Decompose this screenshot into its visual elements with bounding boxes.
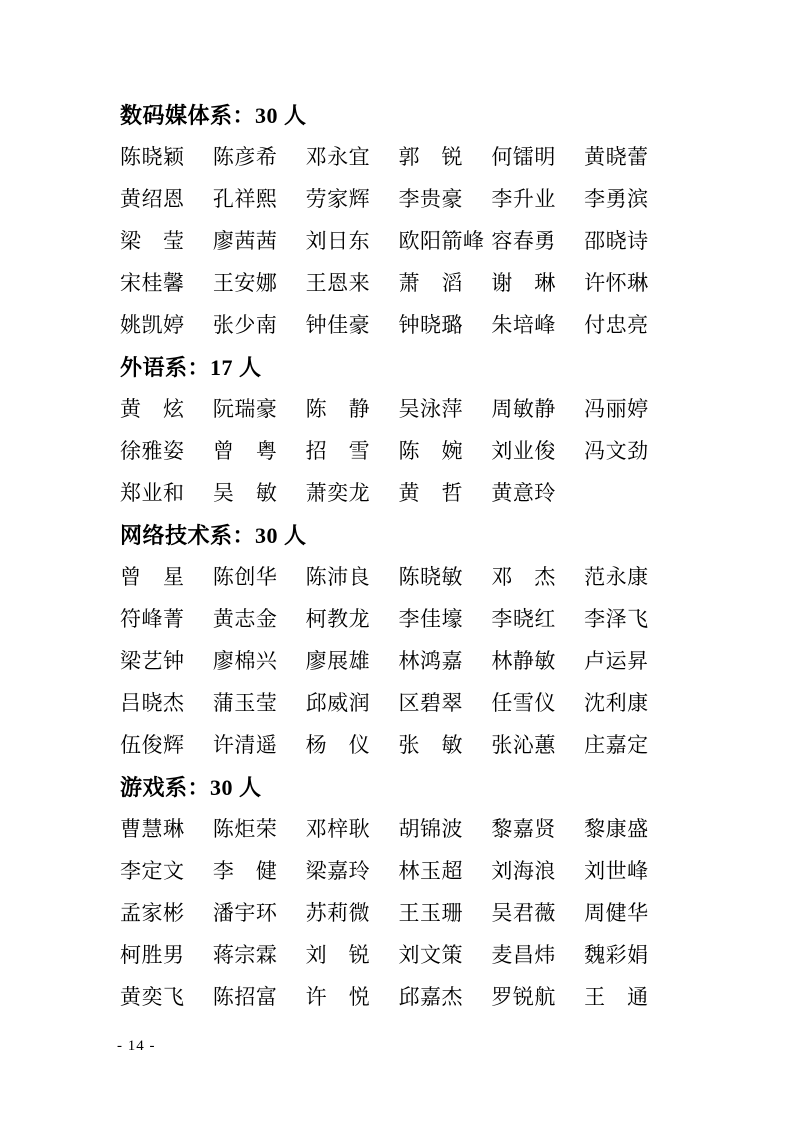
- student-name: 梁 莹: [120, 225, 213, 255]
- student-name: 钟晓璐: [399, 309, 492, 339]
- student-name: 陈 静: [306, 393, 399, 423]
- student-name: 李 健: [213, 855, 306, 885]
- page-number: - 14 -: [117, 1038, 156, 1055]
- student-name: 邓梓耿: [306, 813, 399, 843]
- student-name: 廖茜茜: [213, 225, 306, 255]
- student-name: 谢 琳: [491, 267, 584, 297]
- student-name: 冯文劲: [584, 435, 677, 465]
- student-name: 庄嘉定: [584, 729, 677, 759]
- student-name: 李贵豪: [399, 183, 492, 213]
- name-row: 李定文李 健梁嘉玲林玉超刘海浪刘世峰: [120, 849, 677, 891]
- student-name: 李升业: [491, 183, 584, 213]
- name-row: 吕晓杰蒲玉莹邱威润区碧翠任雪仪沈利康: [120, 681, 677, 723]
- student-name: 邓永宜: [306, 141, 399, 171]
- student-name: 曾 星: [120, 561, 213, 591]
- student-name: 刘文策: [399, 939, 492, 969]
- student-name: 李定文: [120, 855, 213, 885]
- student-name: 容春勇: [491, 225, 584, 255]
- student-name: 黄奕飞: [120, 981, 213, 1011]
- student-name: 李勇滨: [584, 183, 677, 213]
- student-name: 黄绍恩: [120, 183, 213, 213]
- student-name: 区碧翠: [399, 687, 492, 717]
- student-name: 冯丽婷: [584, 393, 677, 423]
- student-name: 黄志金: [213, 603, 306, 633]
- name-row: 梁艺钟廖棉兴廖展雄林鸿嘉林静敏卢运昇: [120, 639, 677, 681]
- student-name: 陈沛良: [306, 561, 399, 591]
- student-name: 胡锦波: [399, 813, 492, 843]
- student-name: 黄 炫: [120, 393, 213, 423]
- student-name: 伍俊辉: [120, 729, 213, 759]
- name-row: 黄奕飞陈招富许 悦邱嘉杰罗锐航王 通: [120, 975, 677, 1017]
- student-name: 孔祥熙: [213, 183, 306, 213]
- student-name: 林静敏: [491, 645, 584, 675]
- department-section: 游戏系：30 人曹慧琳陈炬荣邓梓耿胡锦波黎嘉贤黎康盛李定文李 健梁嘉玲林玉超刘海…: [120, 765, 677, 1017]
- document-page: 数码媒体系：30 人陈晓颖陈彦希邓永宜郭 锐何镭明黄晓蕾黄绍恩孔祥熙劳家辉李贵豪…: [0, 0, 793, 1122]
- student-name: 黎嘉贤: [491, 813, 584, 843]
- student-name: 黄晓蕾: [584, 141, 677, 171]
- student-name: 刘 锐: [306, 939, 399, 969]
- student-name: 吴君薇: [491, 897, 584, 927]
- student-name: 刘世峰: [584, 855, 677, 885]
- student-name: 何镭明: [491, 141, 584, 171]
- student-name: 林玉超: [399, 855, 492, 885]
- student-name: 苏莉微: [306, 897, 399, 927]
- student-name: 黄 哲: [399, 477, 492, 507]
- student-name: 麦昌炜: [491, 939, 584, 969]
- student-name: 陈晓敏: [399, 561, 492, 591]
- student-name: 曾 粤: [213, 435, 306, 465]
- student-name: 王恩来: [306, 267, 399, 297]
- student-name: 徐雅姿: [120, 435, 213, 465]
- student-name: 柯胜男: [120, 939, 213, 969]
- student-name: 刘日东: [306, 225, 399, 255]
- student-name: 任雪仪: [491, 687, 584, 717]
- student-name: 李佳壕: [399, 603, 492, 633]
- student-name: 黎康盛: [584, 813, 677, 843]
- student-name: 周健华: [584, 897, 677, 927]
- student-name: 潘宇环: [213, 897, 306, 927]
- student-name: 黄意玲: [491, 477, 584, 507]
- student-name: 李晓红: [491, 603, 584, 633]
- name-row: 曾 星陈创华陈沛良陈晓敏邓 杰范永康: [120, 555, 677, 597]
- student-name: 陈晓颖: [120, 141, 213, 171]
- name-row: 黄绍恩孔祥熙劳家辉李贵豪李升业李勇滨: [120, 177, 677, 219]
- name-row: 曹慧琳陈炬荣邓梓耿胡锦波黎嘉贤黎康盛: [120, 807, 677, 849]
- student-name: 范永康: [584, 561, 677, 591]
- name-row: 黄 炫阮瑞豪陈 静吴泳萍周敏静冯丽婷: [120, 387, 677, 429]
- student-name: 沈利康: [584, 687, 677, 717]
- student-name: 邵晓诗: [584, 225, 677, 255]
- student-name: 萧奕龙: [306, 477, 399, 507]
- student-name: 付忠亮: [584, 309, 677, 339]
- student-name: 许 悦: [306, 981, 399, 1011]
- student-name: 许怀琳: [584, 267, 677, 297]
- student-name: 邓 杰: [491, 561, 584, 591]
- student-name: 吴泳萍: [399, 393, 492, 423]
- student-name: 张 敏: [399, 729, 492, 759]
- student-name: 梁艺钟: [120, 645, 213, 675]
- student-name: 王玉珊: [399, 897, 492, 927]
- student-name: 姚凯婷: [120, 309, 213, 339]
- name-row: 郑业和吴 敏萧奕龙黄 哲黄意玲: [120, 471, 677, 513]
- section-heading: 网络技术系：30 人: [120, 513, 677, 555]
- student-name: 周敏静: [491, 393, 584, 423]
- student-name: 刘海浪: [491, 855, 584, 885]
- student-name: 曹慧琳: [120, 813, 213, 843]
- name-row: 宋桂馨王安娜王恩来萧 滔谢 琳许怀琳: [120, 261, 677, 303]
- sections-container: 数码媒体系：30 人陈晓颖陈彦希邓永宜郭 锐何镭明黄晓蕾黄绍恩孔祥熙劳家辉李贵豪…: [120, 93, 677, 1017]
- student-name: 张少南: [213, 309, 306, 339]
- student-name: 萧 滔: [399, 267, 492, 297]
- student-name: 王安娜: [213, 267, 306, 297]
- student-name: 邱嘉杰: [399, 981, 492, 1011]
- student-name: 陈创华: [213, 561, 306, 591]
- name-row: 孟家彬潘宇环苏莉微王玉珊吴君薇周健华: [120, 891, 677, 933]
- name-row: 徐雅姿曾 粤招 雪陈 婉刘业俊冯文劲: [120, 429, 677, 471]
- student-name: 劳家辉: [306, 183, 399, 213]
- student-name: 梁嘉玲: [306, 855, 399, 885]
- section-heading: 数码媒体系：30 人: [120, 93, 677, 135]
- student-name: 蒋宗霖: [213, 939, 306, 969]
- name-row: 陈晓颖陈彦希邓永宜郭 锐何镭明黄晓蕾: [120, 135, 677, 177]
- department-section: 数码媒体系：30 人陈晓颖陈彦希邓永宜郭 锐何镭明黄晓蕾黄绍恩孔祥熙劳家辉李贵豪…: [120, 93, 677, 345]
- student-name: 陈彦希: [213, 141, 306, 171]
- student-name: 孟家彬: [120, 897, 213, 927]
- department-section: 外语系：17 人黄 炫阮瑞豪陈 静吴泳萍周敏静冯丽婷徐雅姿曾 粤招 雪陈 婉刘业…: [120, 345, 677, 513]
- student-name: 邱威润: [306, 687, 399, 717]
- department-section: 网络技术系：30 人曾 星陈创华陈沛良陈晓敏邓 杰范永康符峰菁黄志金柯教龙李佳壕…: [120, 513, 677, 765]
- student-name: 郑业和: [120, 477, 213, 507]
- student-name: 张沁蕙: [491, 729, 584, 759]
- student-name: 钟佳豪: [306, 309, 399, 339]
- student-name: 陈招富: [213, 981, 306, 1011]
- student-name: 陈炬荣: [213, 813, 306, 843]
- name-row: 姚凯婷张少南钟佳豪钟晓璐朱培峰付忠亮: [120, 303, 677, 345]
- student-name: 柯教龙: [306, 603, 399, 633]
- student-name: 招 雪: [306, 435, 399, 465]
- student-name: 宋桂馨: [120, 267, 213, 297]
- student-name: 刘业俊: [491, 435, 584, 465]
- student-name: 廖展雄: [306, 645, 399, 675]
- section-heading: 外语系：17 人: [120, 345, 677, 387]
- student-name: 阮瑞豪: [213, 393, 306, 423]
- student-name: 王 通: [584, 981, 677, 1011]
- student-name: 李泽飞: [584, 603, 677, 633]
- student-name: 吕晓杰: [120, 687, 213, 717]
- student-name: 吴 敏: [213, 477, 306, 507]
- student-name: 林鸿嘉: [399, 645, 492, 675]
- student-name: 罗锐航: [491, 981, 584, 1011]
- name-row: 梁 莹廖茜茜刘日东欧阳箭峰容春勇邵晓诗: [120, 219, 677, 261]
- name-row: 符峰菁黄志金柯教龙李佳壕李晓红李泽飞: [120, 597, 677, 639]
- student-name: 郭 锐: [399, 141, 492, 171]
- section-heading: 游戏系：30 人: [120, 765, 677, 807]
- student-name: 魏彩娟: [584, 939, 677, 969]
- student-name: 陈 婉: [399, 435, 492, 465]
- student-name: 许清遥: [213, 729, 306, 759]
- student-name: 符峰菁: [120, 603, 213, 633]
- student-name: 廖棉兴: [213, 645, 306, 675]
- name-row: 伍俊辉许清遥杨 仪张 敏张沁蕙庄嘉定: [120, 723, 677, 765]
- student-name: 杨 仪: [306, 729, 399, 759]
- student-name: 朱培峰: [491, 309, 584, 339]
- student-name: 卢运昇: [584, 645, 677, 675]
- student-name: 蒲玉莹: [213, 687, 306, 717]
- name-row: 柯胜男蒋宗霖刘 锐刘文策麦昌炜魏彩娟: [120, 933, 677, 975]
- student-name: 欧阳箭峰: [399, 225, 492, 255]
